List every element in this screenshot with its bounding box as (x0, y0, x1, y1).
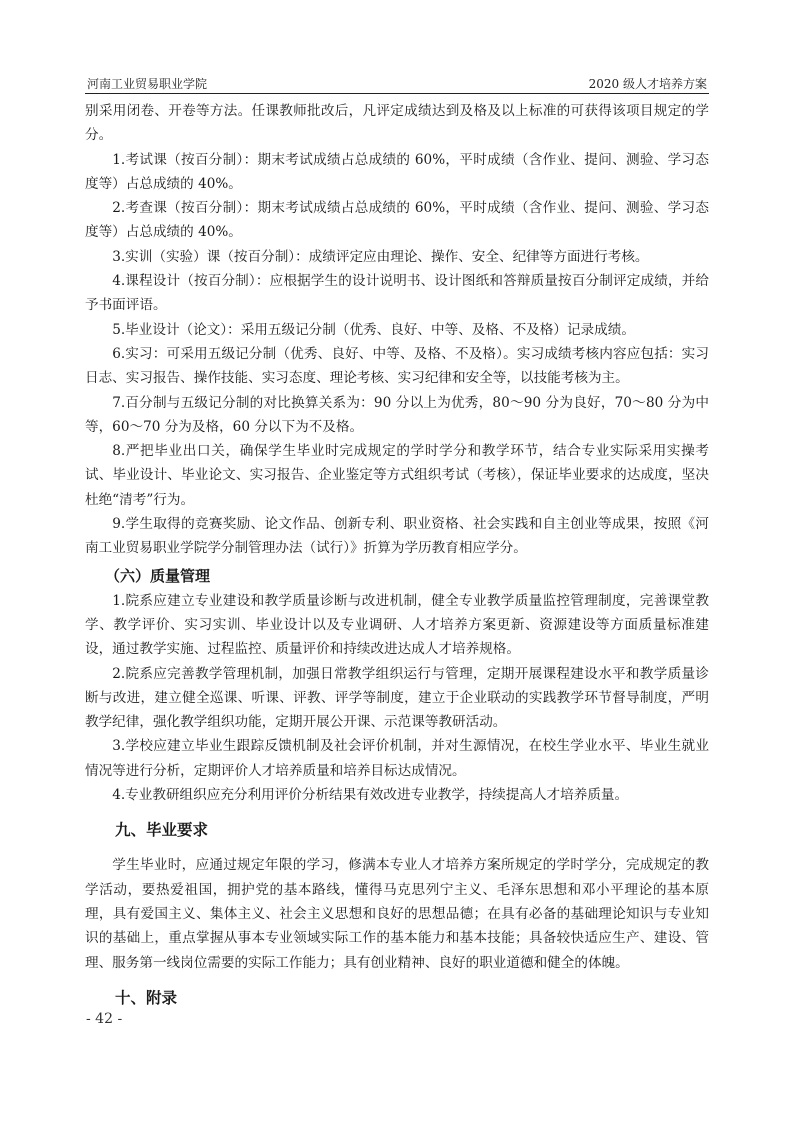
section-heading-graduation: 九、毕业要求 (85, 817, 709, 843)
page-body: 别采用闭卷、开卷等方法。任课教师批改后，凡评定成绩达到及格及以上标准的可获得该项… (85, 99, 709, 1011)
continuation-paragraph: 别采用闭卷、开卷等方法。任课教师批改后，凡评定成绩达到及格及以上标准的可获得该项… (85, 99, 709, 148)
assessment-item: 3.实训（实验）课（按百分制）：成绩评定应由理论、操作、安全、纪律等方面进行考核… (85, 245, 709, 269)
page-header: 河南工业贸易职业学院 2020 级人才培养方案 (85, 76, 709, 92)
assessment-item: 8.严把毕业出口关，确保学生毕业时完成规定的学时学分和教学环节，结合专业实际采用… (85, 439, 709, 512)
quality-item: 3.学校应建立毕业生跟踪反馈机制及社会评价机制，并对生源情况，在校生学业水平、毕… (85, 734, 709, 783)
assessment-item: 7.百分制与五级记分制的对比换算关系为：90 分以上为优秀，80～90 分为良好… (85, 391, 709, 440)
page-number: - 42 - (86, 1011, 122, 1027)
assessment-item: 1.考试课（按百分制）：期末考试成绩占总成绩的 60%，平时成绩（含作业、提问、… (85, 148, 709, 197)
assessment-item: 2.考查课（按百分制）：期末考试成绩占总成绩的 60%，平时成绩（含作业、提问、… (85, 196, 709, 245)
header-document-title: 2020 级人才培养方案 (589, 76, 707, 92)
section-heading-appendix: 十、附录 (85, 985, 709, 1011)
quality-item: 1.院系应建立专业建设和教学质量诊断与改进机制，健全专业教学质量监控管理制度，完… (85, 589, 709, 662)
assessment-item: 5.毕业设计（论文）：采用五级记分制（优秀、良好、中等、及格、不及格）记录成绩。 (85, 318, 709, 342)
quality-item: 4.专业教研组织应充分利用评价分析结果有效改进专业教学，持续提高人才培养质量。 (85, 783, 709, 807)
assessment-item: 9.学生取得的竞赛奖励、论文作品、创新专利、职业资格、社会实践和自主创业等成果，… (85, 512, 709, 561)
quality-item: 2.院系应完善教学管理机制，加强日常教学组织运行与管理，定期开展课程建设水平和教… (85, 662, 709, 735)
assessment-item: 4.课程设计（按百分制）：应根据学生的设计说明书、设计图纸和答辩质量按百分制评定… (85, 269, 709, 318)
header-institution: 河南工业贸易职业学院 (87, 76, 207, 92)
graduation-paragraph: 学生毕业时，应通过规定年限的学习，修满本专业人才培养方案所规定的学时学分，完成规… (85, 853, 709, 974)
section-heading-quality: （六）质量管理 (85, 563, 709, 589)
assessment-item: 6.实习：可采用五级记分制（优秀、良好、中等、及格、不及格）。实习成绩考核内容应… (85, 342, 709, 391)
header-divider (85, 93, 709, 94)
